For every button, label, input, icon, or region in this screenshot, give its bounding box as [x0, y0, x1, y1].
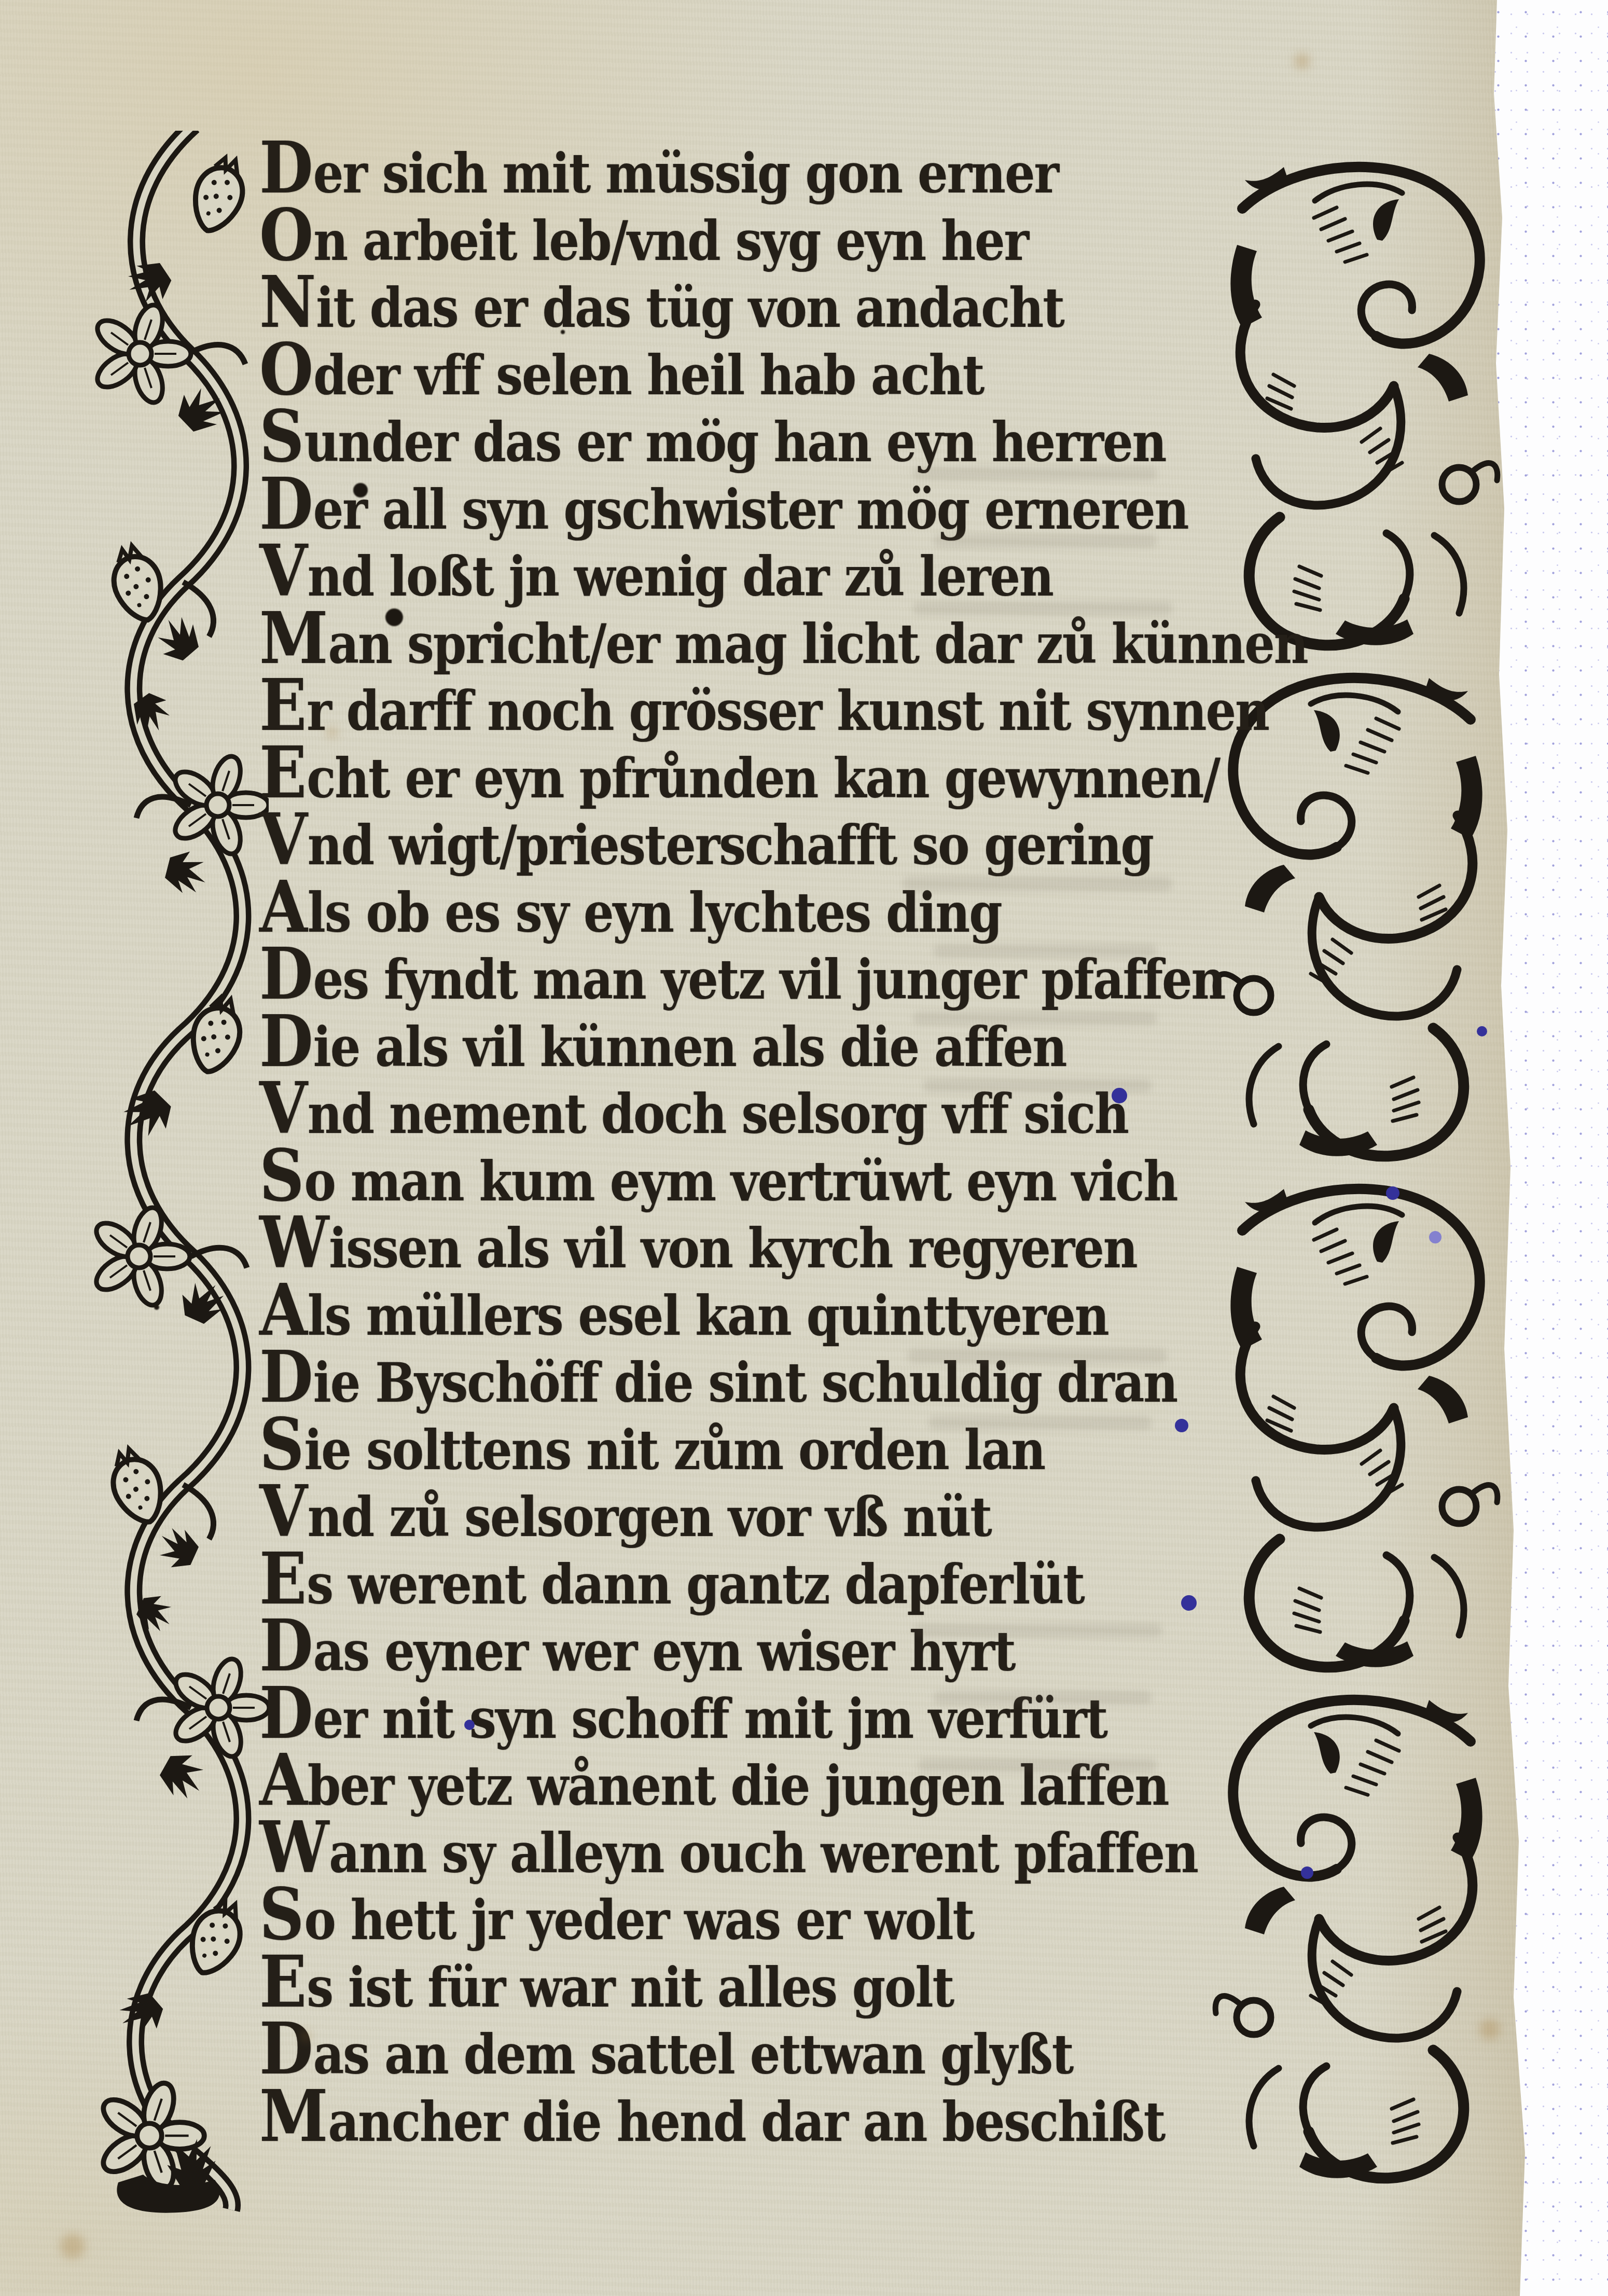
- ink-bleedthrough-smudge: [913, 602, 1172, 615]
- poem-line: On arbeit leb/vnd syg eyn her: [259, 201, 1308, 278]
- poem-line: Das an dem sattel ettwan glyßt: [259, 2015, 1308, 2092]
- poem-line: Er darff noch grösser kunst nit synnen: [259, 671, 1308, 748]
- blue-ink-dot: [1301, 1866, 1313, 1879]
- ink-bleedthrough-smudge: [928, 1416, 1152, 1430]
- poem-line: Oder vff selen heil hab acht: [259, 336, 1308, 412]
- foxing-stain: [1479, 2019, 1500, 2040]
- blue-ink-dot: [1175, 1419, 1188, 1432]
- blue-ink-dot: [1477, 1026, 1487, 1036]
- poem-line: Es werent dann gantz dapferlüt: [259, 1545, 1308, 1622]
- ink-bleedthrough-smudge: [934, 944, 1157, 958]
- poem-line: Echt er eyn pfrůnden kan gewynnen/: [259, 739, 1308, 815]
- poem-line: Mancher die hend dar an beschißt: [259, 2082, 1308, 2159]
- poem-line: Es ist für war nit alles golt: [259, 1948, 1308, 2025]
- poem-line: Man spricht/er mag licht dar zů künnen: [259, 604, 1308, 681]
- ink-bleedthrough-smudge: [913, 467, 1157, 480]
- floral-vine-border: [87, 131, 269, 2216]
- poem-line: Wissen als vil von kyrch regyeren: [259, 1209, 1308, 1285]
- poem-line: Aber yetz wånent die jungen laffen: [259, 1746, 1308, 1823]
- black-ink-speck: [385, 608, 403, 626]
- poem-line: So hett jr yeder was er wolt: [259, 1880, 1308, 1957]
- poem-line: Als müllers esel kan quinttyeren: [259, 1276, 1308, 1353]
- blue-ink-dot: [1181, 1595, 1197, 1611]
- poem-line: Wann sy alleyn ouch werent pfaffen: [259, 1814, 1308, 1890]
- ink-bleedthrough-smudge: [913, 1624, 1162, 1637]
- blue-ink-dot: [1429, 1231, 1441, 1243]
- book-page: Der sich mit müssig gon ernerOn arbeit l…: [0, 0, 1608, 2296]
- scanner-background: { "document": { "kind_label": "early-pri…: [0, 0, 1608, 2296]
- poem-line: Nit das er das tüg von andacht: [259, 268, 1308, 345]
- ink-bleedthrough-smudge: [934, 534, 1157, 548]
- poem-line: Der nit syn schoff mit jm verfürt: [259, 1679, 1308, 1756]
- blue-ink-dot: [1386, 1186, 1399, 1200]
- foxing-stain: [327, 727, 337, 738]
- foxing-stain: [60, 2234, 85, 2259]
- foxing-stain: [301, 2031, 311, 2041]
- black-ink-speck: [154, 1305, 159, 1310]
- poem-line: So man kum eym vertrüwt eyn vich: [259, 1142, 1308, 1219]
- ink-bleedthrough-smudge: [934, 1691, 1152, 1705]
- poem-line: Vnd zů selsorgen vor vß nüt: [259, 1477, 1308, 1554]
- ink-bleedthrough-smudge: [903, 877, 1172, 891]
- ink-bleedthrough-smudge: [908, 1349, 1167, 1363]
- ink-bleedthrough-smudge: [913, 1012, 1157, 1025]
- black-ink-speck: [353, 483, 368, 497]
- blue-ink-dot: [1112, 1088, 1127, 1103]
- poem-line: Der sich mit müssig gon erner: [259, 134, 1308, 211]
- poem-text-block: Der sich mit müssig gon ernerOn arbeit l…: [259, 134, 1308, 2149]
- blue-ink-dot: [464, 1720, 475, 1730]
- ink-bleedthrough-smudge: [918, 1759, 1157, 1772]
- black-ink-speck: [561, 330, 565, 334]
- poem-line: Vnd wigt/priesterschafft so gering: [259, 806, 1308, 882]
- foxing-stain: [1294, 53, 1310, 69]
